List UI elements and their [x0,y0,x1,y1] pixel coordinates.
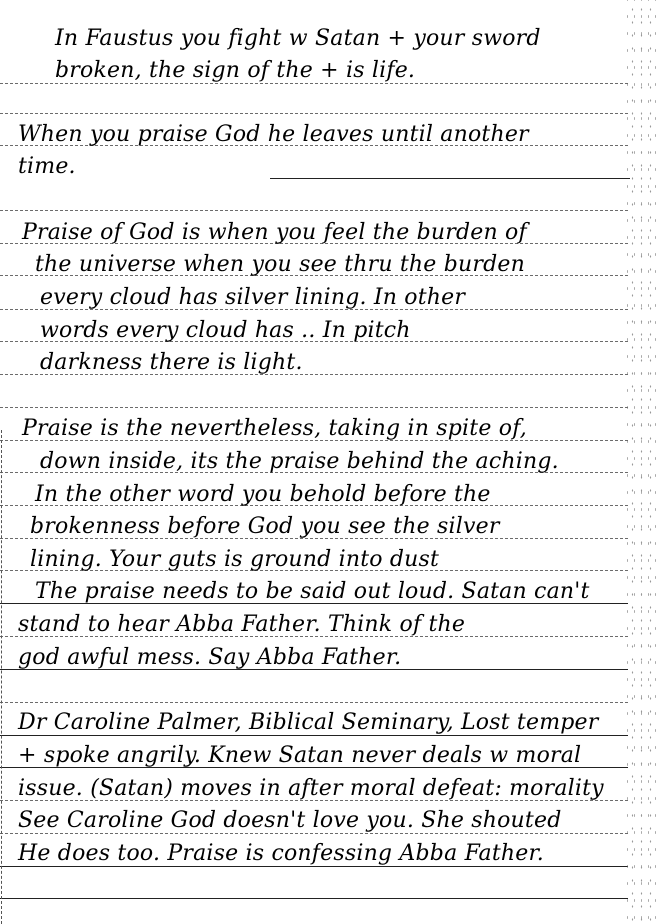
ruled-line [0,898,628,899]
handwritten-line: time. [18,156,76,178]
handwritten-line: broken, the sign of the + is life. [55,60,415,82]
handwritten-line: issue. (Satan) moves in after moral defe… [18,778,604,800]
ruled-line [0,702,628,703]
ruled-line [0,866,628,867]
handwritten-line: the universe when you see thru the burde… [35,254,525,276]
ruled-line [0,407,628,408]
handwritten-line: Praise of God is when you feel the burde… [22,222,527,244]
handwritten-line: The praise needs to be said out loud. Sa… [35,581,590,603]
ruled-line [0,735,628,736]
handwritten-line: + spoke angrily. Knew Satan never deals … [18,745,581,767]
handwritten-line: Praise is the nevertheless, taking in sp… [22,418,527,440]
notebook-page: In Faustus you fight w Satan + your swor… [0,0,656,924]
scan-noise [626,0,656,924]
handwritten-line: brokenness before God you see the silver [30,516,500,538]
handwritten-line: In the other word you behold before the [35,484,491,506]
handwritten-line: darkness there is light. [40,352,303,374]
ruled-line [270,178,630,179]
handwritten-line: In Faustus you fight w Satan + your swor… [55,28,541,50]
handwritten-line: He does too. Praise is confessing Abba F… [18,843,544,865]
handwritten-line: Dr Caroline Palmer, Biblical Seminary, L… [18,712,598,734]
handwritten-line: god awful mess. Say Abba Father. [18,647,401,669]
handwritten-line: down inside, its the praise behind the a… [40,451,559,473]
handwritten-line: When you praise God he leaves until anot… [18,124,529,146]
handwritten-line: words every cloud has .. In pitch [40,320,411,342]
ruled-line [0,210,628,211]
ruled-line [0,83,628,84]
handwritten-line: See Caroline God doesn't love you. She s… [18,810,561,832]
ruled-line [0,113,628,114]
handwritten-line: every cloud has silver lining. In other [40,287,465,309]
handwritten-line: stand to hear Abba Father. Think of the [18,614,465,636]
ruled-line [0,833,628,834]
left-margin-line [1,430,2,924]
handwritten-line: lining. Your guts is ground into dust [30,549,439,571]
